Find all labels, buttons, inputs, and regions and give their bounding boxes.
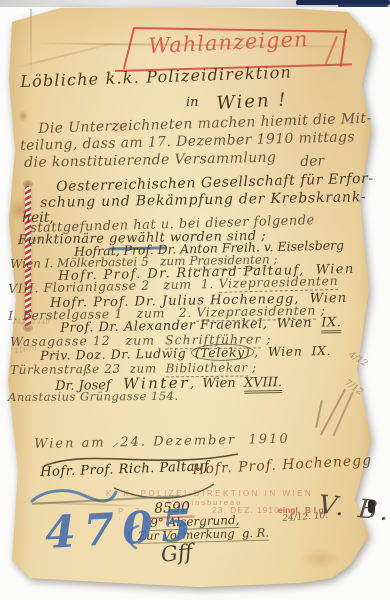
district-xviii: XVIII. bbox=[244, 375, 282, 394]
addressee-in: in bbox=[186, 96, 199, 109]
intro-line-3b: der bbox=[300, 154, 324, 169]
teleky-name: (Teleky) bbox=[191, 343, 255, 361]
official-winter-address: Anastasius Grüngasse 154. bbox=[8, 391, 179, 404]
clerk-paraph: Gff bbox=[160, 542, 194, 566]
margin-note-4: 1112 bbox=[42, 350, 60, 358]
scanned-document-page: { "scan": { "filing_label": "Wahlanzeige… bbox=[0, 0, 390, 600]
district-ix: IX. bbox=[321, 315, 341, 333]
vb-paraph: V. B. bbox=[317, 492, 390, 526]
ink-stain bbox=[18, 110, 28, 122]
addressee-city: Wien ! bbox=[216, 91, 288, 113]
role-vize1: Vizepraesidenten bbox=[218, 273, 338, 293]
margin-note-2: 1422 1440 bbox=[12, 318, 50, 326]
paper-stain-3 bbox=[300, 548, 340, 570]
